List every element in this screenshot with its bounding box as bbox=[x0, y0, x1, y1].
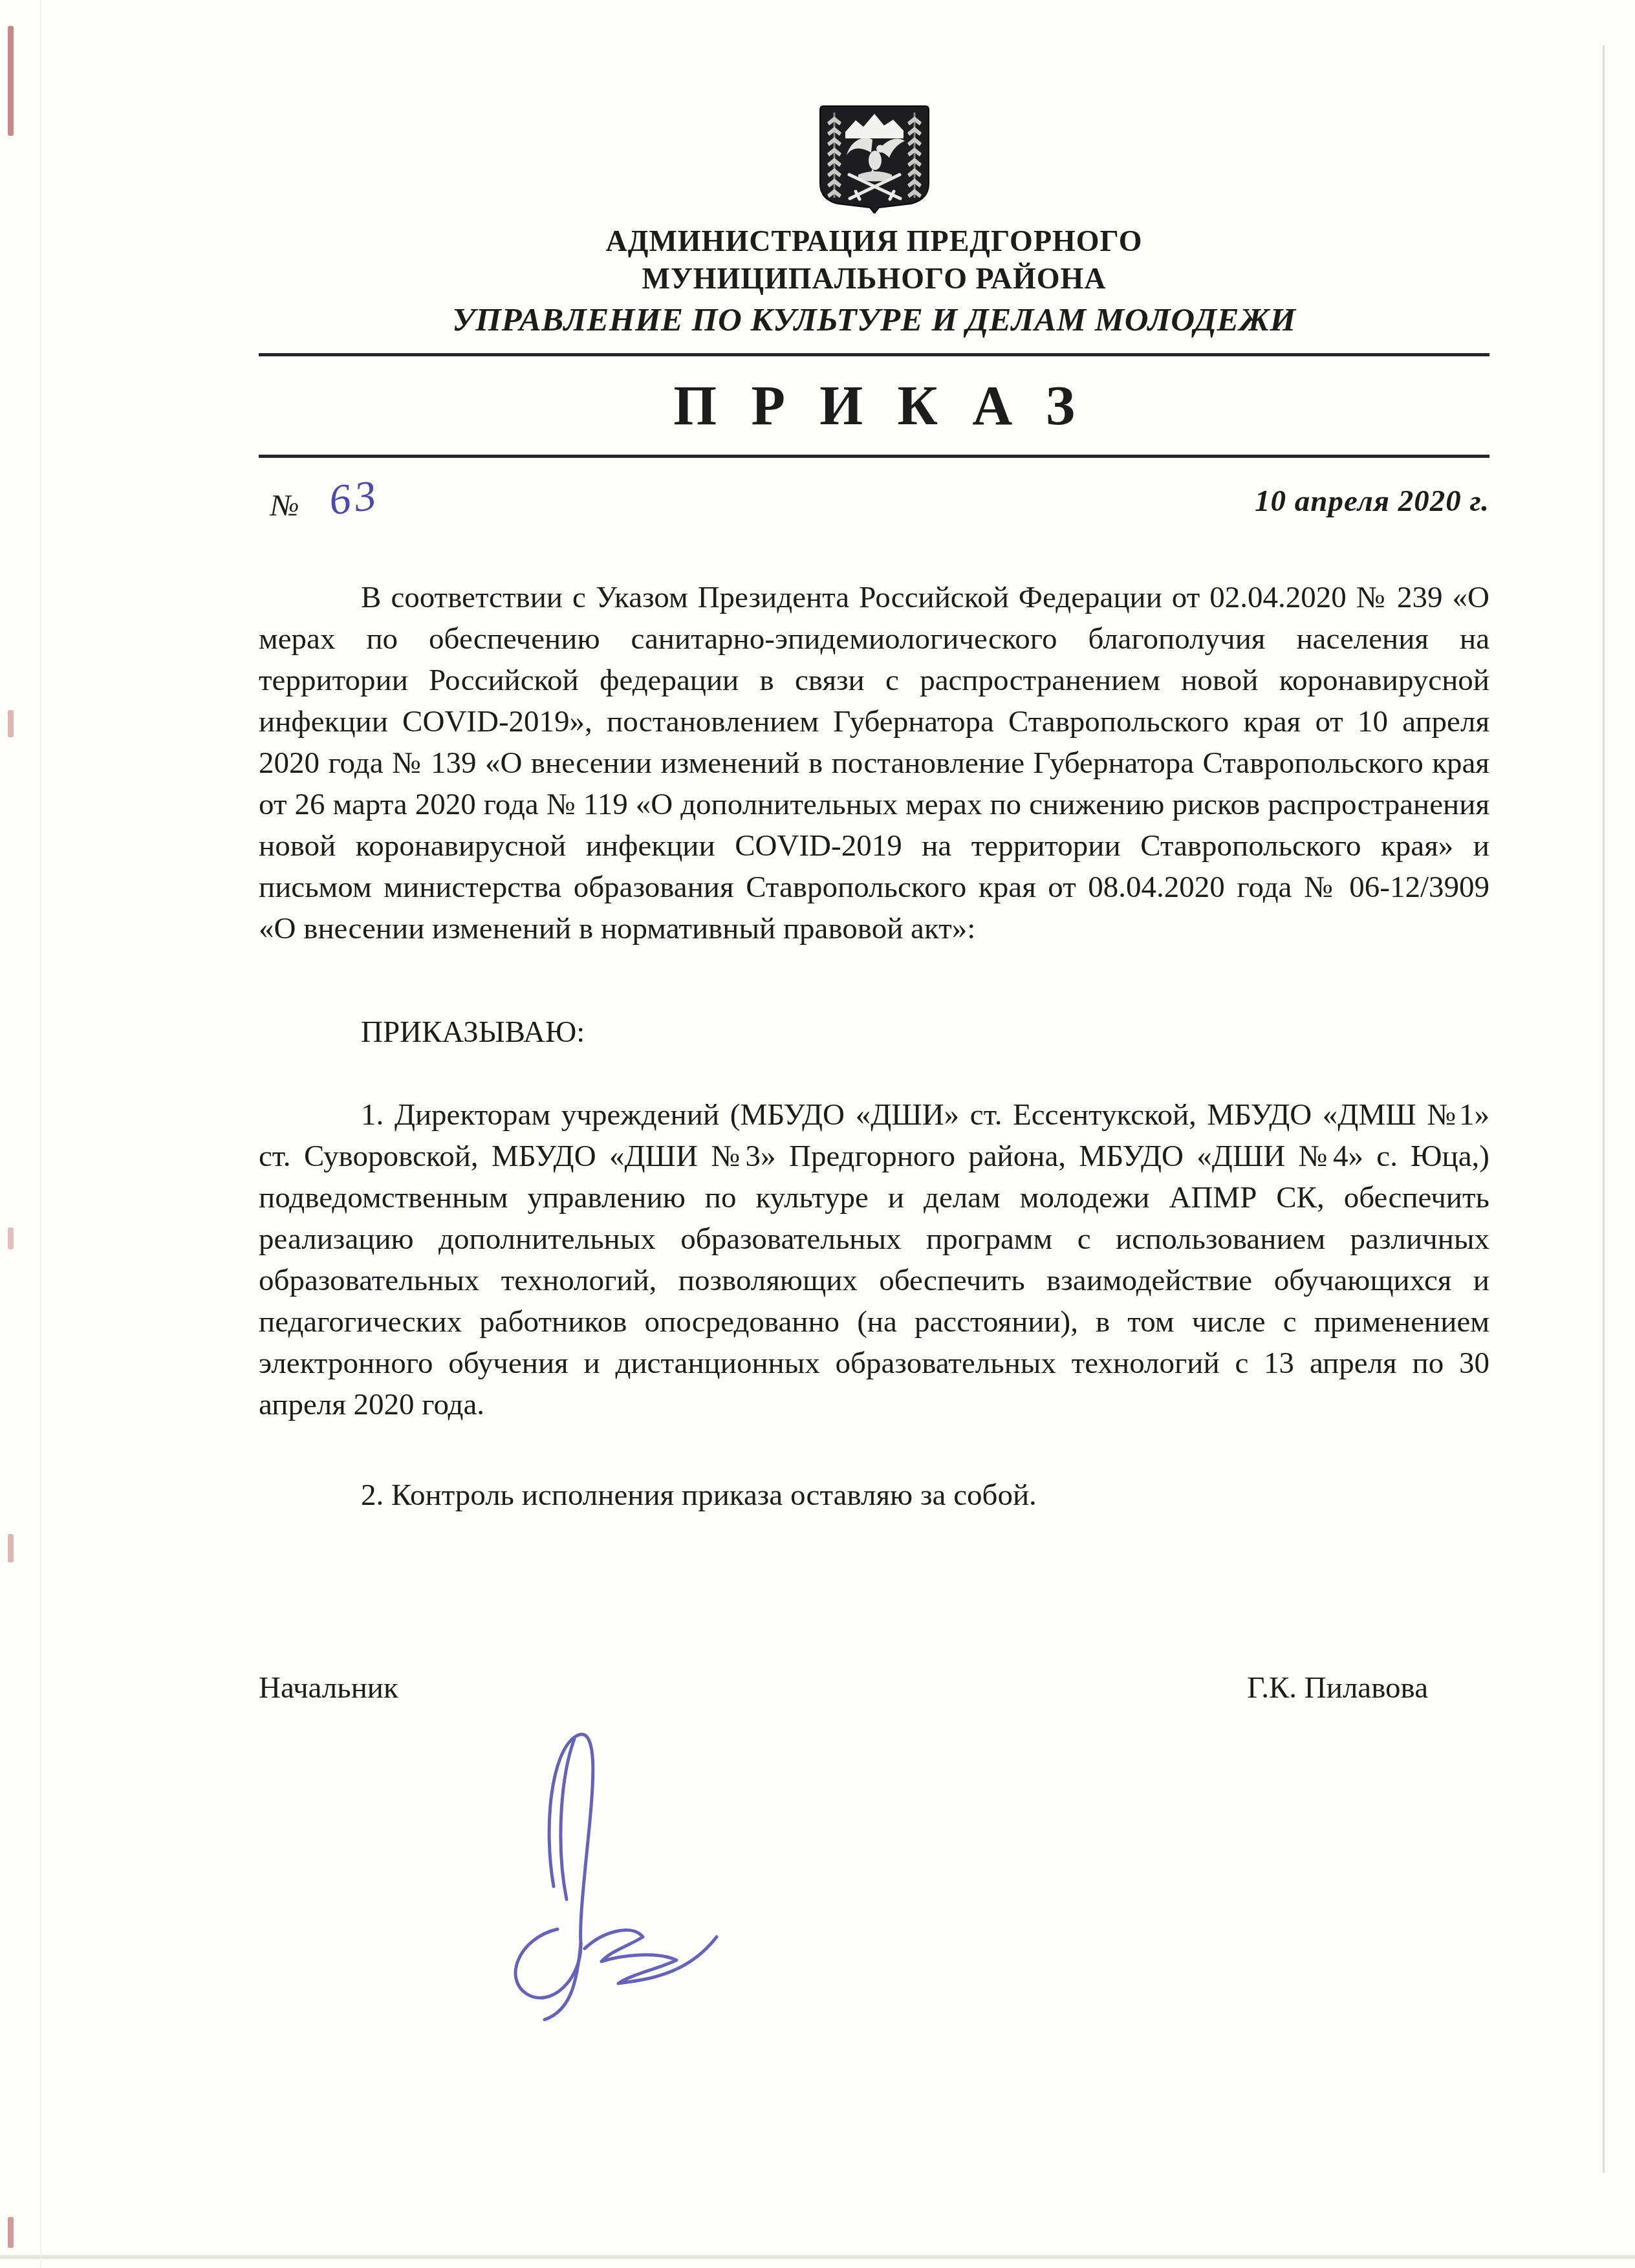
order-item-2: 2. Контроль исполнения приказа оставляю … bbox=[259, 1474, 1489, 1516]
number-sign-label: № bbox=[259, 489, 299, 523]
document-page: АДМИНИСТРАЦИЯ ПРЕДГОРНОГО МУНИЦИПАЛЬНОГО… bbox=[0, 0, 1635, 2268]
signatory-position: Начальник bbox=[259, 1669, 398, 1707]
department-name: УПРАВЛЕНИЕ ПО КУЛЬТУРЕ И ДЕЛАМ МОЛОДЕЖИ bbox=[259, 300, 1489, 340]
signature-row: Начальник Г.К. Пилавова bbox=[259, 1669, 1489, 1707]
scan-edge-left bbox=[40, 0, 41, 2268]
scan-edge-right bbox=[1603, 45, 1605, 2173]
preamble-paragraph: В соответствии с Указом Президента Росси… bbox=[259, 577, 1489, 949]
meta-row: №63 10 апреля 2020 г. bbox=[259, 477, 1489, 526]
scan-artifact-red-mark bbox=[8, 2217, 14, 2248]
divider-line-top bbox=[259, 353, 1489, 356]
signature-ink-icon bbox=[446, 1723, 763, 2034]
order-keyword: ПРИКАЗЫВАЮ: bbox=[259, 1011, 1489, 1053]
scan-artifact-red-mark bbox=[8, 1534, 14, 1562]
coat-of-arms-icon bbox=[812, 102, 937, 213]
signatory-name: Г.К. Пилавова bbox=[1247, 1669, 1428, 1707]
scan-edge-bottom bbox=[0, 2255, 1635, 2259]
scan-artifact-red-mark bbox=[8, 26, 14, 136]
document-number: №63 bbox=[259, 477, 380, 526]
divider-line-bottom bbox=[259, 455, 1489, 458]
scan-artifact-red-mark bbox=[8, 1227, 14, 1249]
document-title: ПРИКАЗ bbox=[259, 373, 1489, 438]
order-item-1: 1. Директорам учреждений (МБУДО «ДШИ» ст… bbox=[259, 1094, 1489, 1425]
scan-artifact-red-mark bbox=[8, 710, 14, 737]
org-name-line1: АДМИНИСТРАЦИЯ ПРЕДГОРНОГО bbox=[259, 222, 1489, 260]
org-name-line2: МУНИЦИПАЛЬНОГО РАЙОНА bbox=[259, 260, 1489, 297]
document-date: 10 апреля 2020 г. bbox=[1255, 477, 1489, 519]
number-value-handwritten: 63 bbox=[327, 471, 383, 526]
